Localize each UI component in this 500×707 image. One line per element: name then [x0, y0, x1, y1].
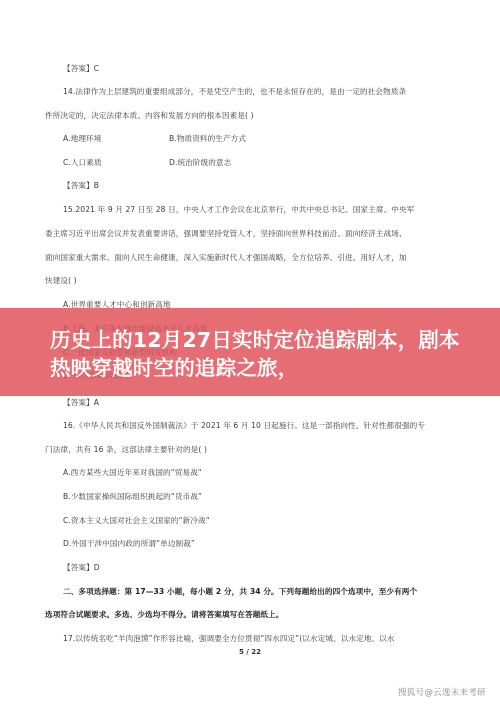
option-line: A.西方某些大国近年来对我国的“贸易战” — [63, 468, 202, 478]
option-line: B.物质资料的生产方式 — [169, 134, 246, 144]
question-line: 面向国家重大需求、面向人民生命健康，深入实施新时代人才强国战略，全方位培养、引进… — [45, 253, 407, 263]
answer-line: 【答案】B — [63, 181, 99, 191]
section-heading: 二、多项选择题：第 17—33 小题，每小题 2 分，共 34 分。下列每题给出… — [63, 587, 417, 597]
question-line: 15.2021 年 9 月 27 日至 28 日，中央人才工作会议在北京举行，中… — [63, 205, 414, 215]
option-line: D.外国干涉中国内政的所谓“单边制裁” — [63, 539, 195, 549]
option-line: B.少数国家操纵国际组织挑起的“货币战” — [63, 492, 202, 502]
watermark: 搜狐号@云逸未来考研 — [398, 686, 486, 698]
question-line: 门法律，共有 16 条，这部法律主要针对的是( ) — [45, 445, 207, 455]
document-page: 【答案】C14.法律作为上层建筑的重要组成部分，不是凭空产生的，也不是永恒存在的… — [0, 0, 500, 707]
question-line: 快建设( ) — [45, 276, 77, 286]
page-number: 5 / 22 — [0, 648, 500, 656]
banner-title-overlay: 历史上的12月27日实时定位追踪剧本，剧本热映穿越时空的追踪之旅， — [50, 326, 470, 382]
question-line: 16.《中华人民共和国反外国制裁法》于 2021 年 6 月 10 日起施行。这… — [63, 421, 425, 431]
question-line: 件所决定的，决定法律本质、内容和发展方向的根本因素是( ) — [45, 111, 254, 121]
answer-line: 【答案】A — [63, 398, 99, 408]
question-line: 17.以传统名吃“羊肉泡馍”作形容比喻，强调要全方位贯彻“四水四定”(以水定城、… — [63, 634, 395, 644]
option-line: A.地理环境 — [63, 134, 101, 144]
question-line: 委主席习近平出席会议并发表重要讲话，强调要坚持党管人才，坚持面向世界科技前沿、面… — [45, 229, 407, 239]
answer-line: 【答案】D — [63, 563, 100, 573]
option-line: C.人口素质 — [63, 158, 102, 168]
option-line: C.资本主义大国对社会主义国家的“新冷战” — [63, 516, 210, 526]
answer-line: 【答案】C — [63, 64, 99, 74]
question-line: 14.法律作为上层建筑的重要组成部分，不是凭空产生的，也不是永恒存在的，是由一定… — [63, 87, 406, 97]
section-heading: 选项符合试题要求。多选、少选均不得分。请将答案填写在答题纸上。 — [45, 610, 284, 620]
option-line: D.统治阶级的意志 — [169, 158, 231, 168]
